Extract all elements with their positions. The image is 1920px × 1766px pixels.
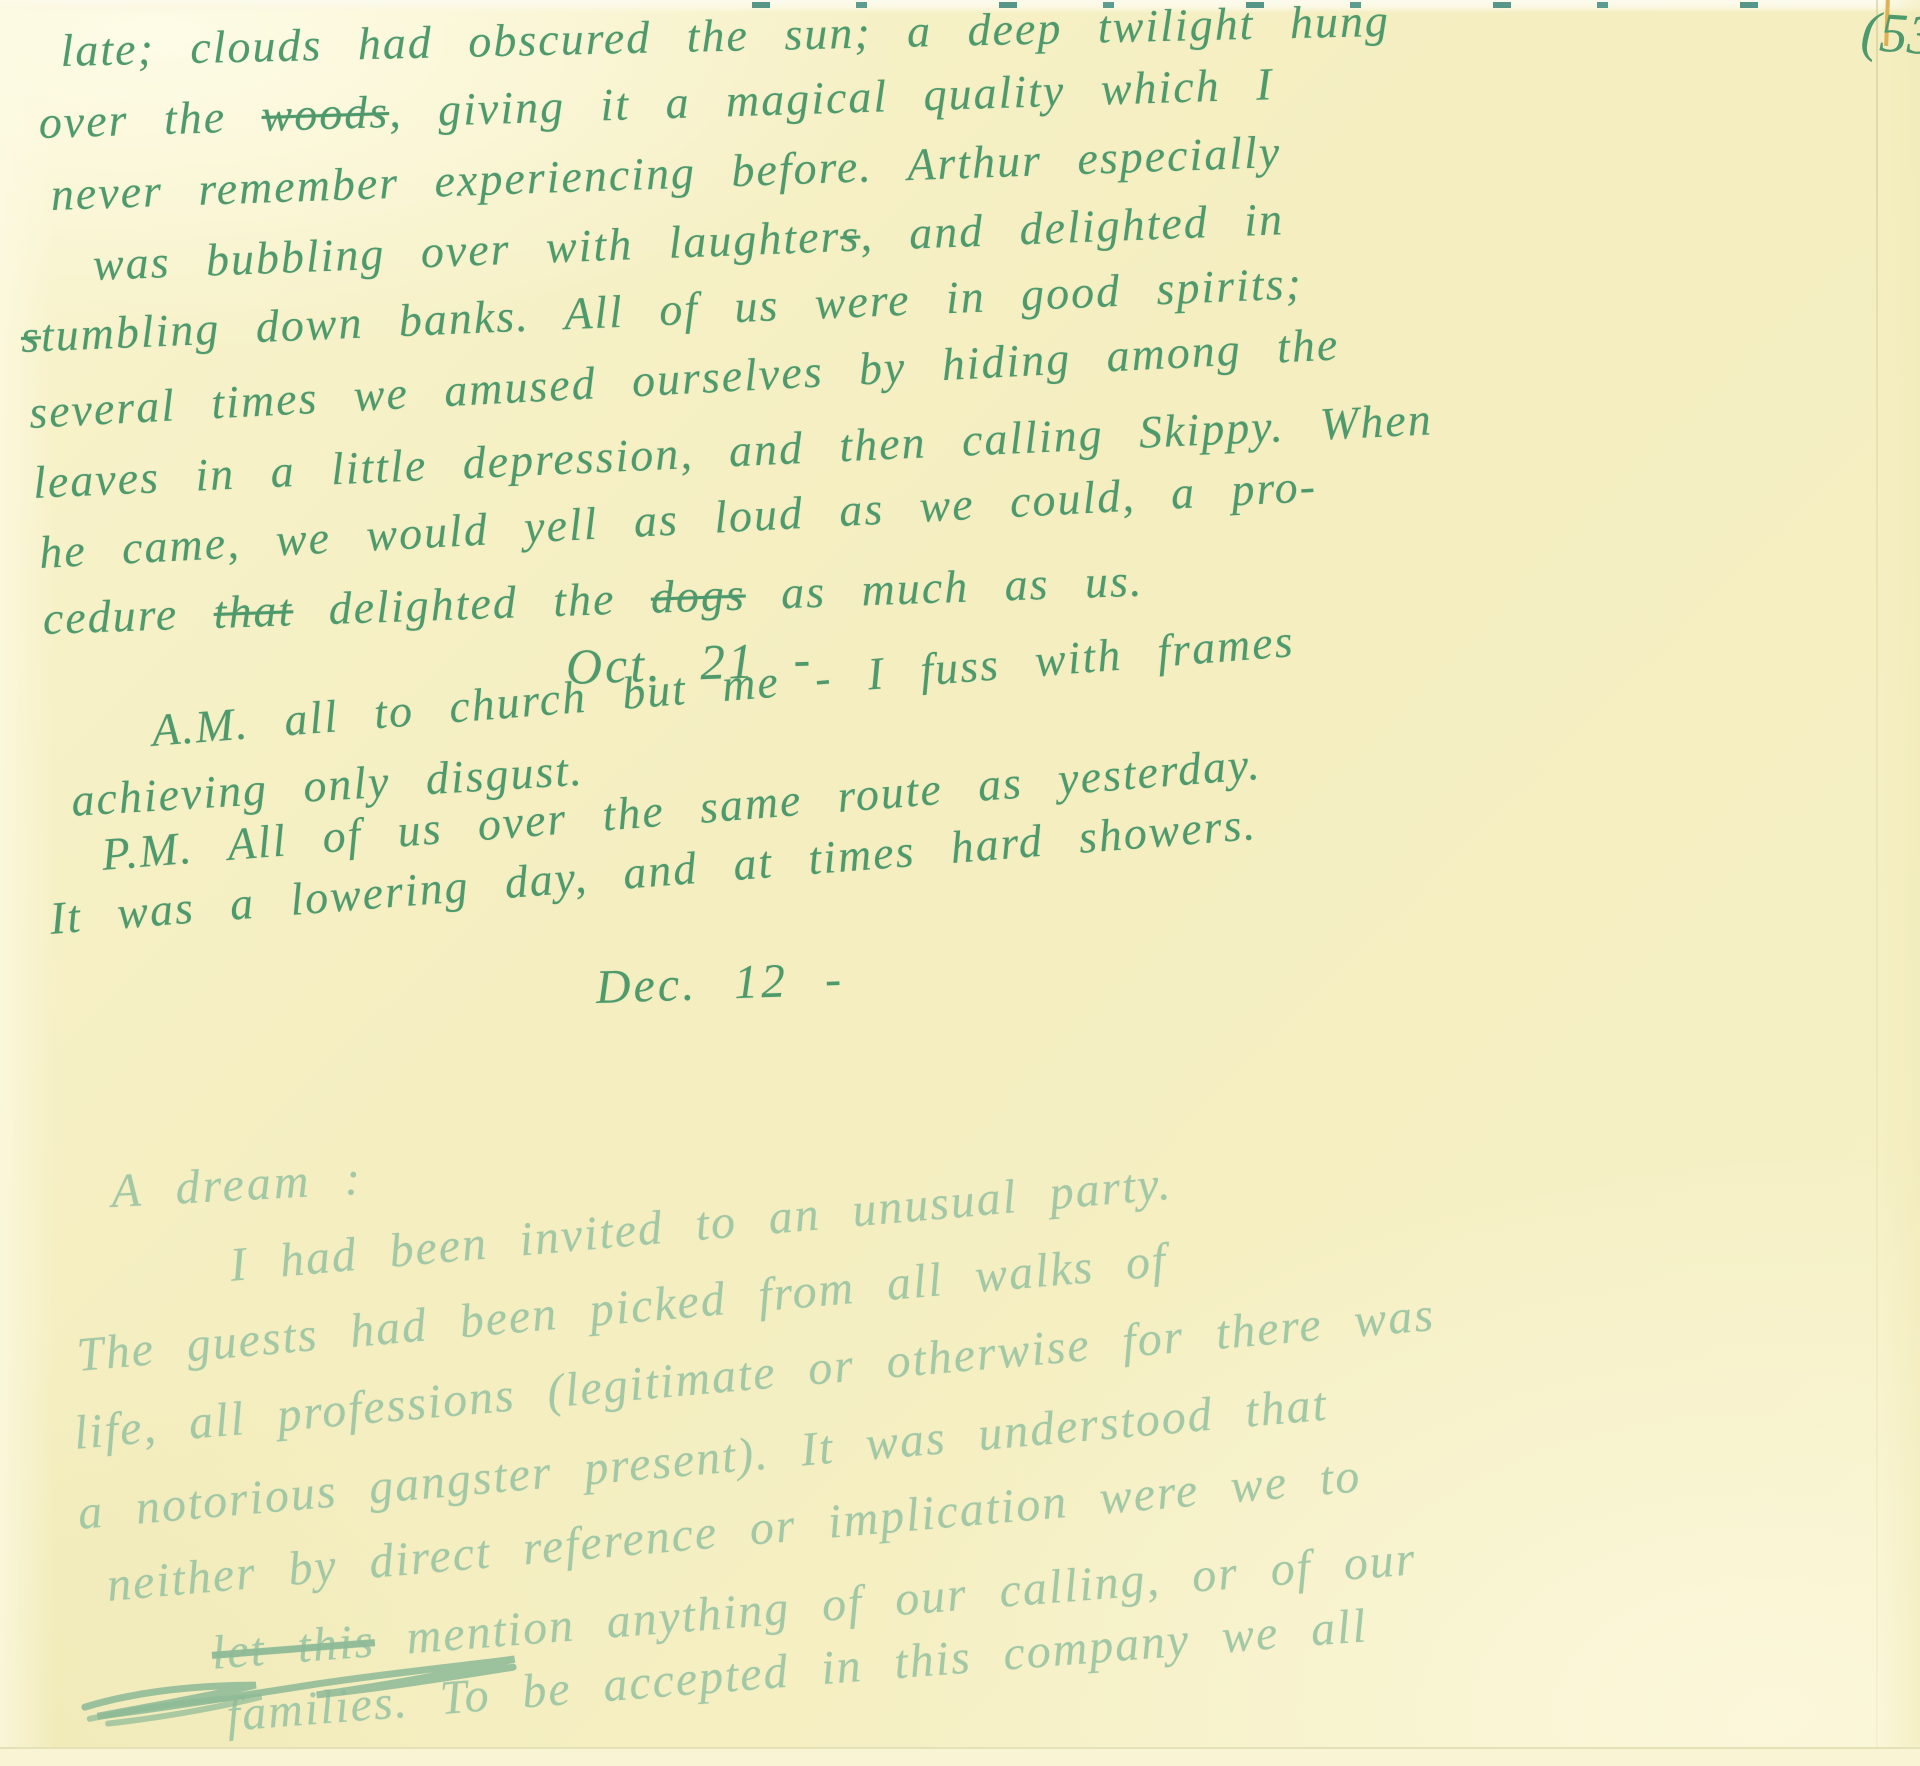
handwritten-text: , giving it a magical quality which I [388,58,1274,137]
struck-out-text: dogs [650,568,747,622]
handwritten-text: as much as us. [745,555,1144,620]
handwriting-line: cedure that delighted the dogs as much a… [42,558,1144,642]
handwritten-text: , and delighted in [859,193,1285,260]
struck-out-text: woods [261,86,390,141]
struck-out-text: that [213,584,294,638]
struck-out-text: s [839,210,861,262]
handwritten-text: delighted the [292,572,651,635]
handwritten-text: was bubbling over with laughter [92,210,841,290]
page-bottom-edge [0,1747,1920,1766]
handwritten-text: A dream : [110,1152,365,1218]
journal-page: (53 late; clouds had obscured the sun; a… [0,0,1920,1766]
dream-section-title: A dream : [110,1155,364,1216]
entry-date-heading: Dec. 12 - [595,955,845,1012]
page-number: (53 [1859,0,1920,69]
page-left-margin [0,0,55,1766]
page-right-column [1878,0,1920,1766]
handwritten-text: cedure [42,587,215,644]
handwritten-text: over the [38,90,262,148]
struck-out-text: s [20,310,42,362]
handwritten-text: Dec. 12 - [595,952,845,1014]
